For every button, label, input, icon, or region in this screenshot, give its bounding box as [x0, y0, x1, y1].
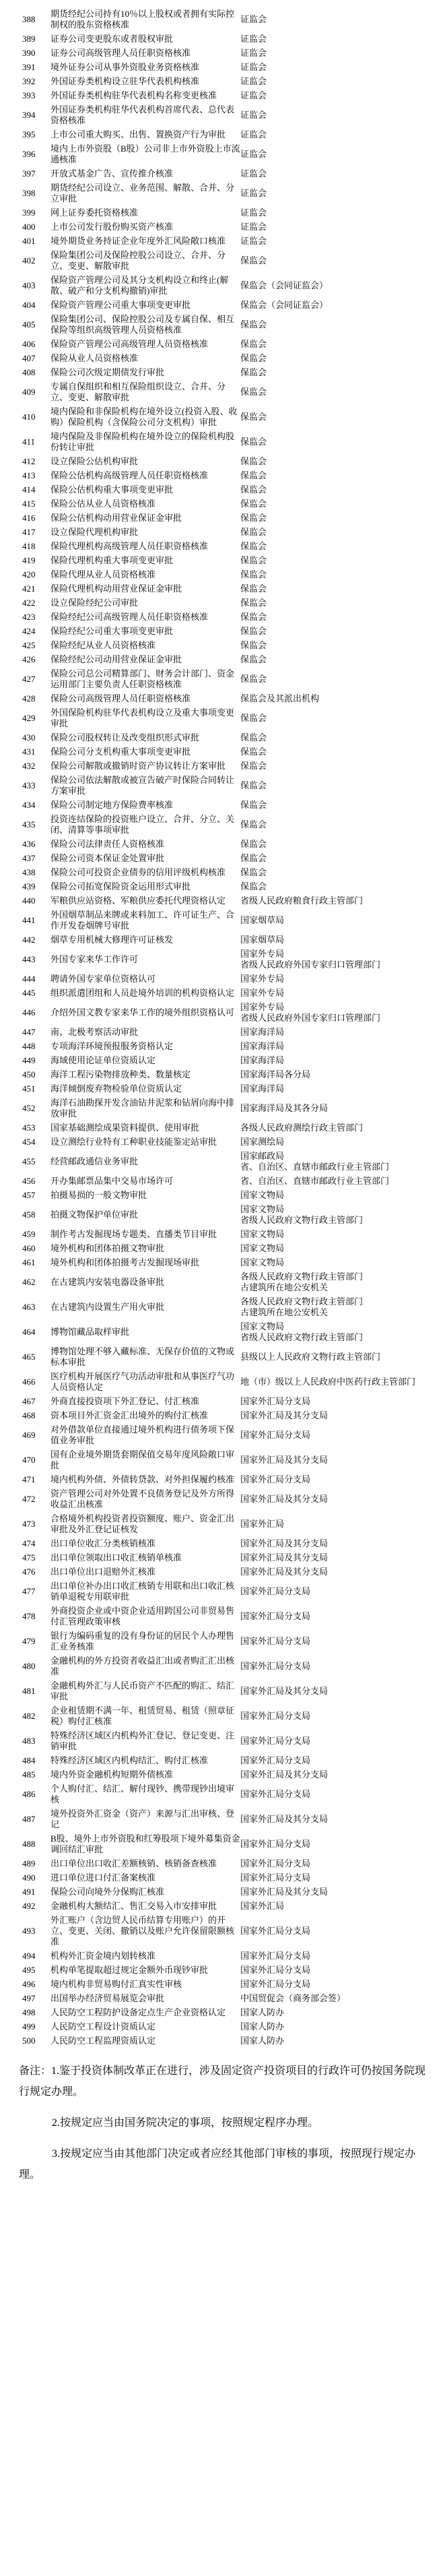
row-number: 446: [0, 1007, 50, 1018]
table-row: 450海洋工程污染物排放种类、数量核定国家海洋局各分局: [0, 1069, 443, 1080]
row-item-name: 出口单位领取出口收汇核销单核准: [50, 1552, 240, 1563]
row-authority: 保监会: [240, 584, 443, 594]
row-authority: 国家烟草局: [240, 915, 443, 926]
row-item-name: 保险公估机构高级管理人员任职资格核准: [50, 470, 240, 481]
table-row: 453国家基础测绘成果资料提供、使用审批各级人民政府测绘行政主管部门: [0, 1123, 443, 1133]
row-item-name: 开放式基金广告、宣传推介核准: [50, 168, 240, 179]
row-item-name: 期货经纪公司设立、业务范围、解散、合并、分立审批: [50, 183, 240, 204]
row-item-name: 境内机构非贸易购付汇真实性审核: [50, 1979, 240, 1990]
table-row: 485境内外资金融机构短期外债核准国家外汇局及其分支局: [0, 1769, 443, 1780]
row-item-name: 保险公司高级管理人员任职资格核准: [50, 693, 240, 704]
row-number: 479: [0, 1636, 50, 1647]
row-number: 472: [0, 1494, 50, 1505]
row-item-name: 外国证券类机构驻华代表机构首席代表、总代表资格核准: [50, 104, 240, 126]
row-number: 425: [0, 640, 50, 651]
row-number: 389: [0, 34, 50, 44]
table-row: 483特殊经济区域区内机构外汇登记、登记变更、注销审批国家外汇局分支局: [0, 1730, 443, 1752]
row-number: 456: [0, 1176, 50, 1187]
table-row: 434保险公司制定地方保险费率核准保监会: [0, 800, 443, 811]
row-number: 492: [0, 1901, 50, 1912]
row-authority: 国家外汇局分支局: [240, 1430, 443, 1441]
table-row: 401境外期货业务持证企业年度外汇风险敞口核准证监会: [0, 236, 443, 247]
table-row: 419保险代理机构重大事项变更审批保监会: [0, 555, 443, 566]
table-row: 495机构单笔提取超过规定金额外币现钞审批国家外汇局分支局: [0, 1965, 443, 1976]
row-item-name: 证券公司高级管理人员任职资格核准: [50, 48, 240, 59]
table-row: 389证券公司变更股东或者股权审批证监会: [0, 34, 443, 44]
row-number: 500: [0, 2036, 50, 2046]
table-row: 457拍摄易损的一般文物审批国家文物局: [0, 1190, 443, 1201]
table-row: 431保险公司分支机构重大事项变更审批保监会: [0, 747, 443, 757]
table-row: 402保险集团公司及保险控股公司设立、合并、分立、变更、解散审批保监会: [0, 250, 443, 272]
row-number: 394: [0, 110, 50, 121]
row-item-name: 保险代理机构重大事项变更审批: [50, 555, 240, 566]
row-authority: 证监会: [240, 149, 443, 160]
table-row: 392外国证券类机构设立驻华代表机构核准证监会: [0, 76, 443, 87]
row-authority: 保监会: [240, 867, 443, 878]
row-item-name: 保险代理从业人员资格核准: [50, 569, 240, 580]
row-item-name: 国家基础测绘成果资料提供、使用审批: [50, 1123, 240, 1133]
row-number: 496: [0, 1979, 50, 1990]
row-authority: 证监会: [240, 48, 443, 59]
table-row: 451海洋倾倒废弃物检验单位资质认定国家海洋局: [0, 1083, 443, 1094]
table-row: 422设立保险经纪公司审批保监会: [0, 598, 443, 608]
table-row: 475出口单位领取出口收汇核销单核准国家外汇局及其分支局: [0, 1552, 443, 1563]
row-item-name: 证券公司变更股东或者股权审批: [50, 34, 240, 44]
row-number: 482: [0, 1711, 50, 1722]
row-item-name: 合格境外机构投资者投资额度、账户、资金汇出审批及外汇登记证核发: [50, 1513, 240, 1535]
row-item-name: 保险代理机构动用营业保证金审批: [50, 584, 240, 594]
row-number: 412: [0, 456, 50, 467]
table-row: 446介绍外国文教专家来华工作的境外组织资格认可国家外专局 省级人民政府外国专家…: [0, 1002, 443, 1024]
row-number: 448: [0, 1041, 50, 1052]
row-number: 481: [0, 1686, 50, 1697]
row-authority: 国家外专局: [240, 974, 443, 984]
table-row: 414保险公估机构重大事项变更审批保监会: [0, 484, 443, 495]
row-authority: 各级人民政府测绘行政主管部门: [240, 1123, 443, 1133]
row-number: 486: [0, 1789, 50, 1800]
note-paragraph-3: 3.按规定应当由其他部门决定或者应经其他部门审核的事项，按照现行规定办理。: [19, 2143, 430, 2185]
row-authority: 国家外汇局分支局: [240, 1965, 443, 1976]
row-item-name: 保险公司依法解散或被宣告破产时保险合同转让方案审批: [50, 775, 240, 796]
row-number: 427: [0, 674, 50, 685]
table-row: 444聘请外国专家单位资格认可国家外专局: [0, 974, 443, 984]
table-row: 430保险公司股权转让及改变组织形式审批保监会: [0, 732, 443, 743]
row-item-name: 专项海洋环境预报服务资格认定: [50, 1041, 240, 1052]
table-row: 452海洋石油勘探开发含油钻井泥浆和钻屑向海中排放审批国家海洋局及其各分局: [0, 1098, 443, 1119]
row-item-name: 海洋倾倒废弃物检验单位资质认定: [50, 1083, 240, 1094]
row-item-name: 机构外汇资金境内划转核准: [50, 1951, 240, 1961]
row-number: 388: [0, 14, 50, 25]
table-row: 395上市公司重大购买、出售、置换资产行为审批证监会: [0, 129, 443, 140]
row-item-name: 专属自保组织和相互保险组织设立、合并、分立、变更、解散审批: [50, 381, 240, 403]
table-row: 477出口单位补办出口收汇核销专用联和出口收汇核销单退税专用联审批国家外汇局分支…: [0, 1581, 443, 1602]
table-row: 447南、北极考察活动审批国家海洋局: [0, 1027, 443, 1038]
row-item-name: 设立保险公估机构审批: [50, 456, 240, 467]
table-row: 425保险经纪从业人员资格核准保监会: [0, 640, 443, 651]
row-number: 435: [0, 819, 50, 830]
table-row: 390证券公司高级管理人员任职资格核准证监会: [0, 48, 443, 59]
row-number: 452: [0, 1103, 50, 1114]
row-authority: 国家外汇局及其分支局: [240, 1410, 443, 1421]
row-number: 490: [0, 1873, 50, 1883]
row-authority: 国家外汇局分支局: [240, 1979, 443, 1990]
row-number: 455: [0, 1156, 50, 1167]
row-authority: 国家外专局 省级人民政府外国专家归口管理部门: [240, 1002, 443, 1024]
row-item-name: 制作考古发掘现场专题类、直播类节目审批: [50, 1229, 240, 1240]
row-number: 407: [0, 353, 50, 364]
row-item-name: 保险经纪公司动用营业保证金审批: [50, 654, 240, 665]
row-number: 483: [0, 1736, 50, 1747]
row-item-name: 在古建筑内安装电器设备审批: [50, 1277, 240, 1288]
table-row: 463在古建筑内设置生产用火审批各级人民政府文物行政主管部门 古建筑所在地公安机…: [0, 1296, 443, 1318]
row-authority: 保监会: [240, 499, 443, 509]
row-item-name: 出口单位出口退赔外汇核准: [50, 1567, 240, 1577]
row-authority: 国家外汇局分支局: [240, 1661, 443, 1672]
table-row: 489出口单位出口收汇差额核销、核销备查核准国家外汇局分支局: [0, 1858, 443, 1869]
row-authority: 国家海洋局: [240, 1083, 443, 1094]
row-authority: 证监会: [240, 34, 443, 44]
row-number: 411: [0, 437, 50, 447]
row-item-name: 组织派遣团组和人员赴境外培训的机构资格认定: [50, 988, 240, 999]
row-authority: 各级人民政府文物行政主管部门 古建筑所在地公安机关: [240, 1271, 443, 1293]
row-item-name: 机构单笔提取超过规定金额外币现钞审批: [50, 1965, 240, 1976]
row-authority: 国家外汇局分支局: [240, 1611, 443, 1622]
table-row: 459制作考古发掘现场专题类、直播类节目审批国家文物局: [0, 1229, 443, 1240]
table-row: 476出口单位出口退赔外汇核准国家外汇局及其分支局: [0, 1567, 443, 1577]
row-item-name: 银行为编码重复的没有身份证的居民个人办理售汇业务核准: [50, 1631, 240, 1652]
row-item-name: 期货经纪公司持有10％以上股权或者拥有实际控制权的股东资格核准: [50, 9, 240, 30]
row-authority: 保监会及其派出机构: [240, 693, 443, 704]
row-item-name: 进口单位进口付汇备案核准: [50, 1873, 240, 1883]
row-number: 433: [0, 780, 50, 791]
table-row: 455经营邮政通信业务审批国家邮政局 省、自治区、直辖市邮政行业主管部门: [0, 1151, 443, 1172]
row-authority: 国家文物局: [240, 1190, 443, 1201]
table-row: 493外汇账户（含边贸人民币结算专用账户）的开立、变更、关闭、撤销以及账户允许保…: [0, 1915, 443, 1947]
row-authority: 证监会: [240, 110, 443, 121]
row-item-name: 外商直接投资项下外汇登记、付汇核准: [50, 1396, 240, 1407]
row-number: 404: [0, 300, 50, 311]
table-row: 468资本项目外汇资金汇出境外的购付汇核准国家外汇局及其分支局: [0, 1410, 443, 1421]
row-number: 478: [0, 1611, 50, 1622]
row-authority: 国家海洋局: [240, 1041, 443, 1052]
table-row: 428保险公司高级管理人员任职资格核准保监会及其派出机构: [0, 693, 443, 704]
row-authority: 国家外专局 省级人民政府外国专家归口管理部门: [240, 949, 443, 970]
table-row: 391境外证券公司从事外资股业务资格核准证监会: [0, 62, 443, 73]
row-item-name: 境内上市外资股（B股）公司非上市外资股上市流通核准: [50, 144, 240, 165]
row-authority: 证监会: [240, 76, 443, 87]
row-item-name: 在古建筑内设置生产用火审批: [50, 1302, 240, 1313]
document-page: 388期货经纪公司持有10％以上股权或者拥有实际控制权的股东资格核准证监会389…: [0, 0, 443, 2202]
row-number: 445: [0, 988, 50, 999]
row-authority: 国家外汇局分支局: [240, 1839, 443, 1850]
row-authority: 证监会: [240, 129, 443, 140]
table-row: 416保险公估机构动用营业保证金审批保监会: [0, 513, 443, 524]
row-number: 405: [0, 319, 50, 330]
row-item-name: 保险资产管理公司高级管理人员资格核准: [50, 339, 240, 350]
row-authority: 各级人民政府文物行政主管部门 古建筑所在地公安机关: [240, 1296, 443, 1318]
row-number: 466: [0, 1377, 50, 1387]
table-row: 439保险公司拓宽保险资金运用形式审批保监会: [0, 881, 443, 892]
table-row: 420保险代理从业人员资格核准保监会: [0, 569, 443, 580]
table-row: 398期货经纪公司设立、业务范围、解散、合并、分立审批证监会: [0, 183, 443, 204]
row-authority: 保监会: [240, 674, 443, 685]
table-row: 410境内保险和非保险机构在境外设立(投资入股、收购）保险机构（含保险公司分支机…: [0, 406, 443, 428]
row-number: 438: [0, 867, 50, 878]
row-item-name: 保险公司制定地方保险费率核准: [50, 800, 240, 811]
row-authority: 国家外汇局分支局: [240, 1789, 443, 1800]
row-authority: 国家外汇局分支局: [240, 1873, 443, 1883]
row-authority: 保监会: [240, 569, 443, 580]
row-item-name: 保险公司可投资企业债券的信用评级机构核准: [50, 867, 240, 878]
row-number: 494: [0, 1951, 50, 1961]
notes-section: 备注：1.鉴于投资体制改革正在进行，涉及固定资产投资项目的行政许可仍按国务院现行…: [0, 2050, 443, 2202]
row-item-name: 外国证券类机构驻华代表机构名称变更核准: [50, 90, 240, 101]
row-authority: 中国贸促会（商务部会签）: [240, 1993, 443, 2004]
row-item-name: 境内保险及非保险机构在境外设立的保险机构股份转让审批: [50, 431, 240, 453]
row-number: 426: [0, 654, 50, 665]
row-item-name: 保险公估机构重大事项变更审批: [50, 484, 240, 495]
row-number: 464: [0, 1327, 50, 1338]
row-authority: 保监会: [240, 853, 443, 864]
table-row: 456开办集邮票品集中交易市场许可省、自治区、直辖市邮政行业主管部门: [0, 1176, 443, 1187]
row-item-name: 金融机构外汇与人民币资产不匹配的购汇、结汇审批: [50, 1680, 240, 1702]
table-row: 462在古建筑内安装电器设备审批各级人民政府文物行政主管部门 古建筑所在地公安机…: [0, 1271, 443, 1293]
row-number: 408: [0, 367, 50, 378]
row-item-name: 上市公司发行股份购买资产核准: [50, 222, 240, 232]
row-number: 457: [0, 1190, 50, 1201]
row-item-name: 出口单位出口收汇差额核销、核销备查核准: [50, 1858, 240, 1869]
row-number: 417: [0, 527, 50, 538]
table-row: 487境外投资外汇资金（资产）来源与汇出审核、登记国家外汇局及其分支局: [0, 1809, 443, 1830]
row-item-name: 对外借款单位直接通过境外机构进行债务项下保值业务审批: [50, 1424, 240, 1446]
row-number: 487: [0, 1814, 50, 1825]
row-authority: 国家外汇局分支局: [240, 1858, 443, 1869]
table-row: 426保险经纪公司动用营业保证金审批保监会: [0, 654, 443, 665]
row-item-name: 保险经纪公司高级管理人员任职资格核准: [50, 612, 240, 623]
table-row: 388期货经纪公司持有10％以上股权或者拥有实际控制权的股东资格核准证监会: [0, 9, 443, 30]
row-authority: 国家外汇局及其分支局: [240, 1538, 443, 1549]
row-number: 469: [0, 1430, 50, 1441]
row-number: 397: [0, 168, 50, 179]
row-item-name: 外商投资企业或中资企业适用跨国公司非贸易售付汇管理政策审核: [50, 1606, 240, 1627]
row-number: 429: [0, 713, 50, 724]
row-authority: 国家海洋局各分局: [240, 1069, 443, 1080]
table-row: 472资产管理公司对外处置不良债务登记及外方所得收益汇出核准国家外汇局及其分支局: [0, 1488, 443, 1510]
row-item-name: 网上证券委托资格核准: [50, 208, 240, 218]
row-authority: 保监会: [240, 598, 443, 608]
table-row: 488B股、境外上市外资股和红筹股项下境外募集资金调回结汇审批国家外汇局分支局: [0, 1833, 443, 1855]
row-authority: 国家外汇局及其分支局: [240, 1814, 443, 1825]
row-authority: 保监会: [240, 640, 443, 651]
table-row: 473合格境外机构投资者投资额度、账户、资金汇出审批及外汇登记证核发国家外汇局: [0, 1513, 443, 1535]
row-authority: 国家文物局 省级人民政府文物行政主管部门: [240, 1204, 443, 1226]
row-item-name: 保险公司分支机构重大事项变更审批: [50, 747, 240, 757]
row-authority: 保监会: [240, 437, 443, 447]
row-authority: 保监会: [240, 484, 443, 495]
table-row: 465博物馆处理不够入藏标准、无保存价值的文物或标本审批县级以上人民政府文物行政…: [0, 1346, 443, 1368]
row-number: 393: [0, 90, 50, 101]
row-number: 491: [0, 1887, 50, 1897]
row-number: 450: [0, 1069, 50, 1080]
row-number: 449: [0, 1055, 50, 1066]
table-row: 427保险公司总公司精算部门、财务会计部门、资金运用部门主要负责人任职资格核准保…: [0, 668, 443, 690]
row-number: 462: [0, 1277, 50, 1288]
row-authority: 保监会: [240, 800, 443, 811]
table-row: 433保险公司依法解散或被宣告破产时保险合同转让方案审批保监会: [0, 775, 443, 796]
row-item-name: 保险资产管理公司重大事项变更审批: [50, 300, 240, 311]
table-row: 482企业租赁期不满一年、租赁贸易、租赁（照章征税）购付汇核准国家外汇局分支局: [0, 1705, 443, 1727]
row-item-name: 外汇账户（含边贸人民币结算专用账户）的开立、变更、关闭、撤销以及账户允许保留限额…: [50, 1915, 240, 1947]
row-authority: 国家外汇局分支局: [240, 1474, 443, 1485]
row-number: 470: [0, 1455, 50, 1466]
table-row: 405保险集团公司、保险控股公司及专属自保、相互保险等组织高级管理人员资格核准保…: [0, 314, 443, 336]
row-number: 454: [0, 1137, 50, 1148]
table-row: 498人民防空工程防护设备定点生产企业资格认定国家人防办: [0, 2007, 443, 2018]
table-row: 411境内保险及非保险机构在境外设立的保险机构股份转让审批保监会: [0, 431, 443, 453]
row-number: 403: [0, 280, 50, 291]
table-row: 393外国证券类机构驻华代表机构名称变更核准证监会: [0, 90, 443, 101]
row-authority: 证监会: [240, 62, 443, 73]
row-number: 499: [0, 2021, 50, 2032]
table-row: 449海域使用论证单位资质认定国家海洋局: [0, 1055, 443, 1066]
note-paragraph-2: 2.按规定应当由国务院决定的事项，按照规定程序办理。: [19, 2112, 430, 2133]
row-authority: 国家人防办: [240, 2021, 443, 2032]
table-row: 470国有企业境外期货套期保值交易年度风险敞口审批国家外汇局及其分支局: [0, 1449, 443, 1471]
table-row: 499人民防空工程设计资质认定国家人防办: [0, 2021, 443, 2032]
row-authority: 国家外汇局分支局: [240, 1755, 443, 1766]
row-item-name: 境内机构外债、外债转贷款、对外担保履约核准: [50, 1474, 240, 1485]
row-authority: 国家外汇局及其分支局: [240, 1567, 443, 1577]
row-number: 431: [0, 747, 50, 757]
row-authority: 国家外汇局分支局: [240, 1396, 443, 1407]
row-authority: 国家外汇局分支局: [240, 1586, 443, 1597]
row-number: 420: [0, 569, 50, 580]
row-item-name: 拍摄文物保护单位审批: [50, 1210, 240, 1220]
row-authority: 保监会: [240, 319, 443, 330]
table-row: 469对外借款单位直接通过境外机构进行债务项下保值业务审批国家外汇局分支局: [0, 1424, 443, 1446]
row-number: 439: [0, 881, 50, 892]
table-row: 440军粮供应站资格、军粮供应委托代理资格认定省级人民政府粮食行政主管部门: [0, 896, 443, 906]
row-item-name: 出国举办经济贸易展览会审批: [50, 1993, 240, 2004]
row-authority: 保监会: [240, 513, 443, 524]
row-item-name: 特殊经济区域区内机构外汇登记、登记变更、注销审批: [50, 1730, 240, 1752]
table-row: 491保险公司向境外分保购汇核准国家外汇局及其分支局: [0, 1887, 443, 1897]
row-item-name: 烟草专用机械大修理许可证核发: [50, 935, 240, 945]
row-item-name: 博物馆藏品取样审批: [50, 1327, 240, 1338]
row-item-name: 金融机构的外方投资者收益汇出或者购汇汇出核准: [50, 1656, 240, 1677]
row-item-name: 海域使用论证单位资质认定: [50, 1055, 240, 1066]
row-item-name: 开办集邮票品集中交易市场许可: [50, 1176, 240, 1187]
row-item-name: 保险资产管理公司及其分支机构设立和终止(解散、破产和分支机构撤销)审批: [50, 275, 240, 296]
row-item-name: 保险公司股权转让及改变组织形式审批: [50, 732, 240, 743]
row-authority: 国家测绘局: [240, 1137, 443, 1148]
row-number: 391: [0, 62, 50, 73]
row-item-name: 保险公司总公司精算部门、财务会计部门、资金运用部门主要负责人任职资格核准: [50, 668, 240, 690]
row-number: 447: [0, 1027, 50, 1038]
row-number: 416: [0, 513, 50, 524]
row-authority: 国家文物局: [240, 1229, 443, 1240]
row-number: 424: [0, 626, 50, 637]
row-item-name: 境外机构和团体拍摄文物审批: [50, 1243, 240, 1254]
row-item-name: 资本项目外汇资金汇出境外的购付汇核准: [50, 1410, 240, 1421]
row-item-name: 保险集团公司及保险控股公司设立、合并、分立、变更、解散审批: [50, 250, 240, 272]
row-number: 437: [0, 853, 50, 864]
row-number: 484: [0, 1755, 50, 1766]
row-authority: 国家外汇局分支局: [240, 1926, 443, 1937]
row-authority: 保监会（会同证监会）: [240, 280, 443, 291]
row-authority: 国家外汇局及其分支局: [240, 1686, 443, 1697]
table-row: 454设立测绘行业特有工种职业技能鉴定站审批国家测绘局: [0, 1137, 443, 1148]
table-row: 396境内上市外资股（B股）公司非上市外资股上市流通核准证监会: [0, 144, 443, 165]
row-number: 398: [0, 188, 50, 199]
row-item-name: 保险公司资本保证金处置审批: [50, 853, 240, 864]
approval-table: 388期货经纪公司持有10％以上股权或者拥有实际控制权的股东资格核准证监会389…: [0, 9, 443, 2046]
row-authority: 县级以上人民政府文物行政主管部门: [240, 1352, 443, 1362]
row-number: 402: [0, 255, 50, 266]
table-row: 407保险从业人员资格核准保监会: [0, 353, 443, 364]
row-authority: 国家邮政局 省、自治区、直辖市邮政行业主管部门: [240, 1151, 443, 1172]
table-row: 466医疗机构开展医疗气功活动审批和从事医疗气功人员资格认定地（市）级以上人民政…: [0, 1371, 443, 1393]
table-row: 458拍摄文物保护单位审批国家文物局 省级人民政府文物行政主管部门: [0, 1204, 443, 1226]
row-item-name: 人民防空工程防护设备定点生产企业资格认定: [50, 2007, 240, 2018]
row-number: 406: [0, 339, 50, 350]
row-number: 440: [0, 896, 50, 906]
row-item-name: 军粮供应站资格、军粮供应委托代理资格认定: [50, 896, 240, 906]
row-item-name: 外国专家来华工作许可: [50, 954, 240, 965]
row-authority: 国家外专局: [240, 988, 443, 999]
row-number: 467: [0, 1396, 50, 1407]
row-authority: 保监会: [240, 881, 443, 892]
row-item-name: 保险代理机构高级管理人员任职资格核准: [50, 541, 240, 552]
row-authority: 国家外汇局及其分支局: [240, 1494, 443, 1505]
row-authority: 保监会: [240, 412, 443, 422]
row-number: 444: [0, 974, 50, 984]
row-item-name: 医疗机构开展医疗气功活动审批和从事医疗气功人员资格认定: [50, 1371, 240, 1393]
table-row: 494机构外汇资金境内划转核准国家外汇局分支局: [0, 1951, 443, 1961]
row-authority: 国家外汇局: [240, 1519, 443, 1530]
table-row: 445组织派遣团组和人员赴境外培训的机构资格认定国家外专局: [0, 988, 443, 999]
row-item-name: 海洋工程污染物排放种类、数量核定: [50, 1069, 240, 1080]
row-item-name: 上市公司重大购买、出售、置换资产行为审批: [50, 129, 240, 140]
row-number: 410: [0, 412, 50, 422]
row-authority: 证监会: [240, 14, 443, 25]
row-number: 419: [0, 555, 50, 566]
row-authority: 证监会: [240, 222, 443, 232]
row-authority: 国家外汇局: [240, 1901, 443, 1912]
row-authority: 国家外汇局分支局: [240, 1711, 443, 1722]
row-item-name: B股、境外上市外资股和红筹股项下境外募集资金调回结汇审批: [50, 1833, 240, 1855]
table-row: 497出国举办经济贸易展览会审批中国贸促会（商务部会签）: [0, 1993, 443, 2004]
row-number: 399: [0, 208, 50, 218]
row-number: 458: [0, 1210, 50, 1220]
table-row: 429外国保险机构驻华代表机构设立及重大事项变更审批保监会: [0, 708, 443, 729]
row-authority: 证监会: [240, 168, 443, 179]
row-item-name: 保险经纪公司重大事项变更审批: [50, 626, 240, 637]
row-authority: 保监会: [240, 839, 443, 850]
row-number: 471: [0, 1474, 50, 1485]
row-authority: 国家人防办: [240, 2007, 443, 2018]
row-number: 495: [0, 1965, 50, 1976]
row-authority: 保监会: [240, 339, 443, 350]
table-row: 413保险公估机构高级管理人员任职资格核准保监会: [0, 470, 443, 481]
table-row: 412设立保险公估机构审批保监会: [0, 456, 443, 467]
row-item-name: 投资连结保险的投资账户设立、合并、分立、关闭、清算等事项审批: [50, 814, 240, 836]
row-authority: 保监会: [240, 555, 443, 566]
row-authority: 国家外汇局分支局: [240, 1636, 443, 1647]
row-item-name: 保险公估从业人员资格核准: [50, 499, 240, 509]
row-number: 392: [0, 76, 50, 87]
row-number: 451: [0, 1083, 50, 1094]
